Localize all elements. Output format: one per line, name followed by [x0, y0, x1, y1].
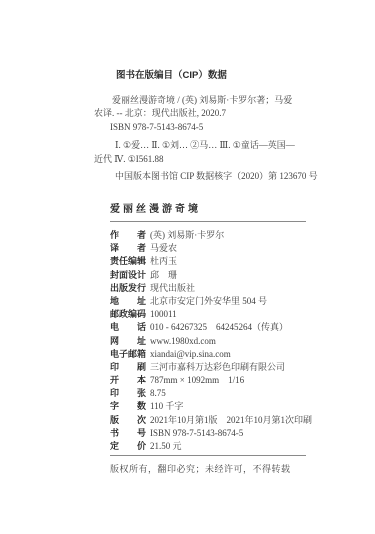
- colophon-row: 书 号ISBN 978-7-5143-8674-5: [110, 427, 306, 440]
- row-value: 2021年10月第1版 2021年10月第1次印刷: [150, 414, 312, 427]
- row-value: 110 千字: [150, 400, 183, 413]
- row-label: 地 址: [110, 295, 146, 308]
- row-label: 译 者: [110, 242, 146, 255]
- row-label: 出版发行: [110, 282, 146, 295]
- row-value: 邱 珊: [150, 269, 177, 282]
- row-value: 杜丙玉: [150, 255, 177, 268]
- colophon-row: 字 数110 千字: [110, 400, 306, 413]
- row-label: 作 者: [110, 229, 146, 242]
- row-value: (英) 刘易斯·卡罗尔: [150, 229, 224, 242]
- row-value: 北京市安定门外安华里 504 号: [150, 295, 267, 308]
- row-value: 三河市嘉科万达彩色印刷有限公司: [150, 361, 285, 374]
- row-value: 787mm × 1092mm 1/16: [150, 374, 244, 387]
- colophon-row: 印 刷三河市嘉科万达彩色印刷有限公司: [110, 361, 306, 374]
- copyright-notice: 版权所有，翻印必究；未经许可，不得转载: [110, 462, 306, 475]
- row-label: 责任编辑: [110, 255, 146, 268]
- row-value: www.1980xd.com: [150, 335, 216, 348]
- row-label: 开 本: [110, 374, 146, 387]
- cip-classification-line-1: Ⅰ. ①爱… Ⅱ. ①刘… ②马… Ⅲ. ①童话—英国—: [115, 139, 330, 153]
- row-value: xiandai@vip.sina.com: [150, 348, 231, 361]
- cip-section: 图书在版编目（CIP）数据 爱丽丝漫游奇境 / (英) 刘易斯·卡罗尔著；马爱 …: [94, 69, 330, 184]
- row-label: 书 号: [110, 427, 146, 440]
- row-value: ISBN 978-7-5143-8674-5: [150, 427, 243, 440]
- row-label: 电子邮箱: [110, 348, 146, 361]
- row-label: 印 张: [110, 387, 146, 400]
- colophon-rows: 作 者(英) 刘易斯·卡罗尔译 者马爱农责任编辑杜丙玉封面设计邱 珊出版发行现代…: [110, 229, 306, 453]
- colophon-row: 封面设计邱 珊: [110, 269, 306, 282]
- row-label: 电 话: [110, 321, 146, 334]
- row-label: 定 价: [110, 440, 146, 453]
- cip-classification-line-2: 近代 Ⅳ. ①I561.88: [94, 153, 330, 167]
- colophon-row: 邮政编码100011: [110, 308, 306, 321]
- colophon-section: 爱丽丝漫游奇境 作 者(英) 刘易斯·卡罗尔译 者马爱农责任编辑杜丙玉封面设计邱…: [110, 203, 306, 475]
- divider-top: [110, 221, 306, 222]
- row-value: 010 - 64267325 64245264（传真）: [150, 321, 288, 334]
- cip-description-line-2: 农译. -- 北京：现代出版社, 2020.7: [94, 107, 330, 121]
- colophon-row: 电 话010 - 64267325 64245264（传真）: [110, 321, 306, 334]
- colophon-row: 地 址北京市安定门外安华里 504 号: [110, 295, 306, 308]
- row-value: 21.50 元: [150, 440, 182, 453]
- row-label: 封面设计: [110, 269, 146, 282]
- row-label: 网 址: [110, 335, 146, 348]
- colophon-row: 责任编辑杜丙玉: [110, 255, 306, 268]
- copyright-page: 图书在版编目（CIP）数据 爱丽丝漫游奇境 / (英) 刘易斯·卡罗尔著；马爱 …: [0, 0, 375, 534]
- row-label: 字 数: [110, 400, 146, 413]
- row-label: 印 刷: [110, 361, 146, 374]
- cip-isbn-line: ISBN 978-7-5143-8674-5: [110, 121, 330, 135]
- colophon-row: 译 者马爱农: [110, 242, 306, 255]
- colophon-row: 作 者(英) 刘易斯·卡罗尔: [110, 229, 306, 242]
- colophon-row: 定 价21.50 元: [110, 440, 306, 453]
- book-title: 爱丽丝漫游奇境: [110, 203, 306, 216]
- row-label: 邮政编码: [110, 308, 146, 321]
- row-value: 8.75: [150, 387, 166, 400]
- colophon-row: 电子邮箱xiandai@vip.sina.com: [110, 348, 306, 361]
- cip-description-line-1: 爱丽丝漫游奇境 / (英) 刘易斯·卡罗尔著；马爱: [112, 94, 330, 108]
- row-value: 100011: [150, 308, 177, 321]
- colophon-row: 版 次2021年10月第1版 2021年10月第1次印刷: [110, 414, 306, 427]
- divider-bottom: [110, 455, 306, 456]
- cip-header: 图书在版编目（CIP）数据: [116, 69, 330, 83]
- colophon-row: 网 址www.1980xd.com: [110, 335, 306, 348]
- row-value: 马爱农: [150, 242, 177, 255]
- colophon-row: 印 张8.75: [110, 387, 306, 400]
- row-value: 现代出版社: [150, 282, 195, 295]
- colophon-row: 出版发行现代出版社: [110, 282, 306, 295]
- row-label: 版 次: [110, 414, 146, 427]
- colophon-row: 开 本787mm × 1092mm 1/16: [110, 374, 306, 387]
- cip-record-number: 中国版本图书馆 CIP 数据核字（2020）第 123670 号: [115, 170, 330, 184]
